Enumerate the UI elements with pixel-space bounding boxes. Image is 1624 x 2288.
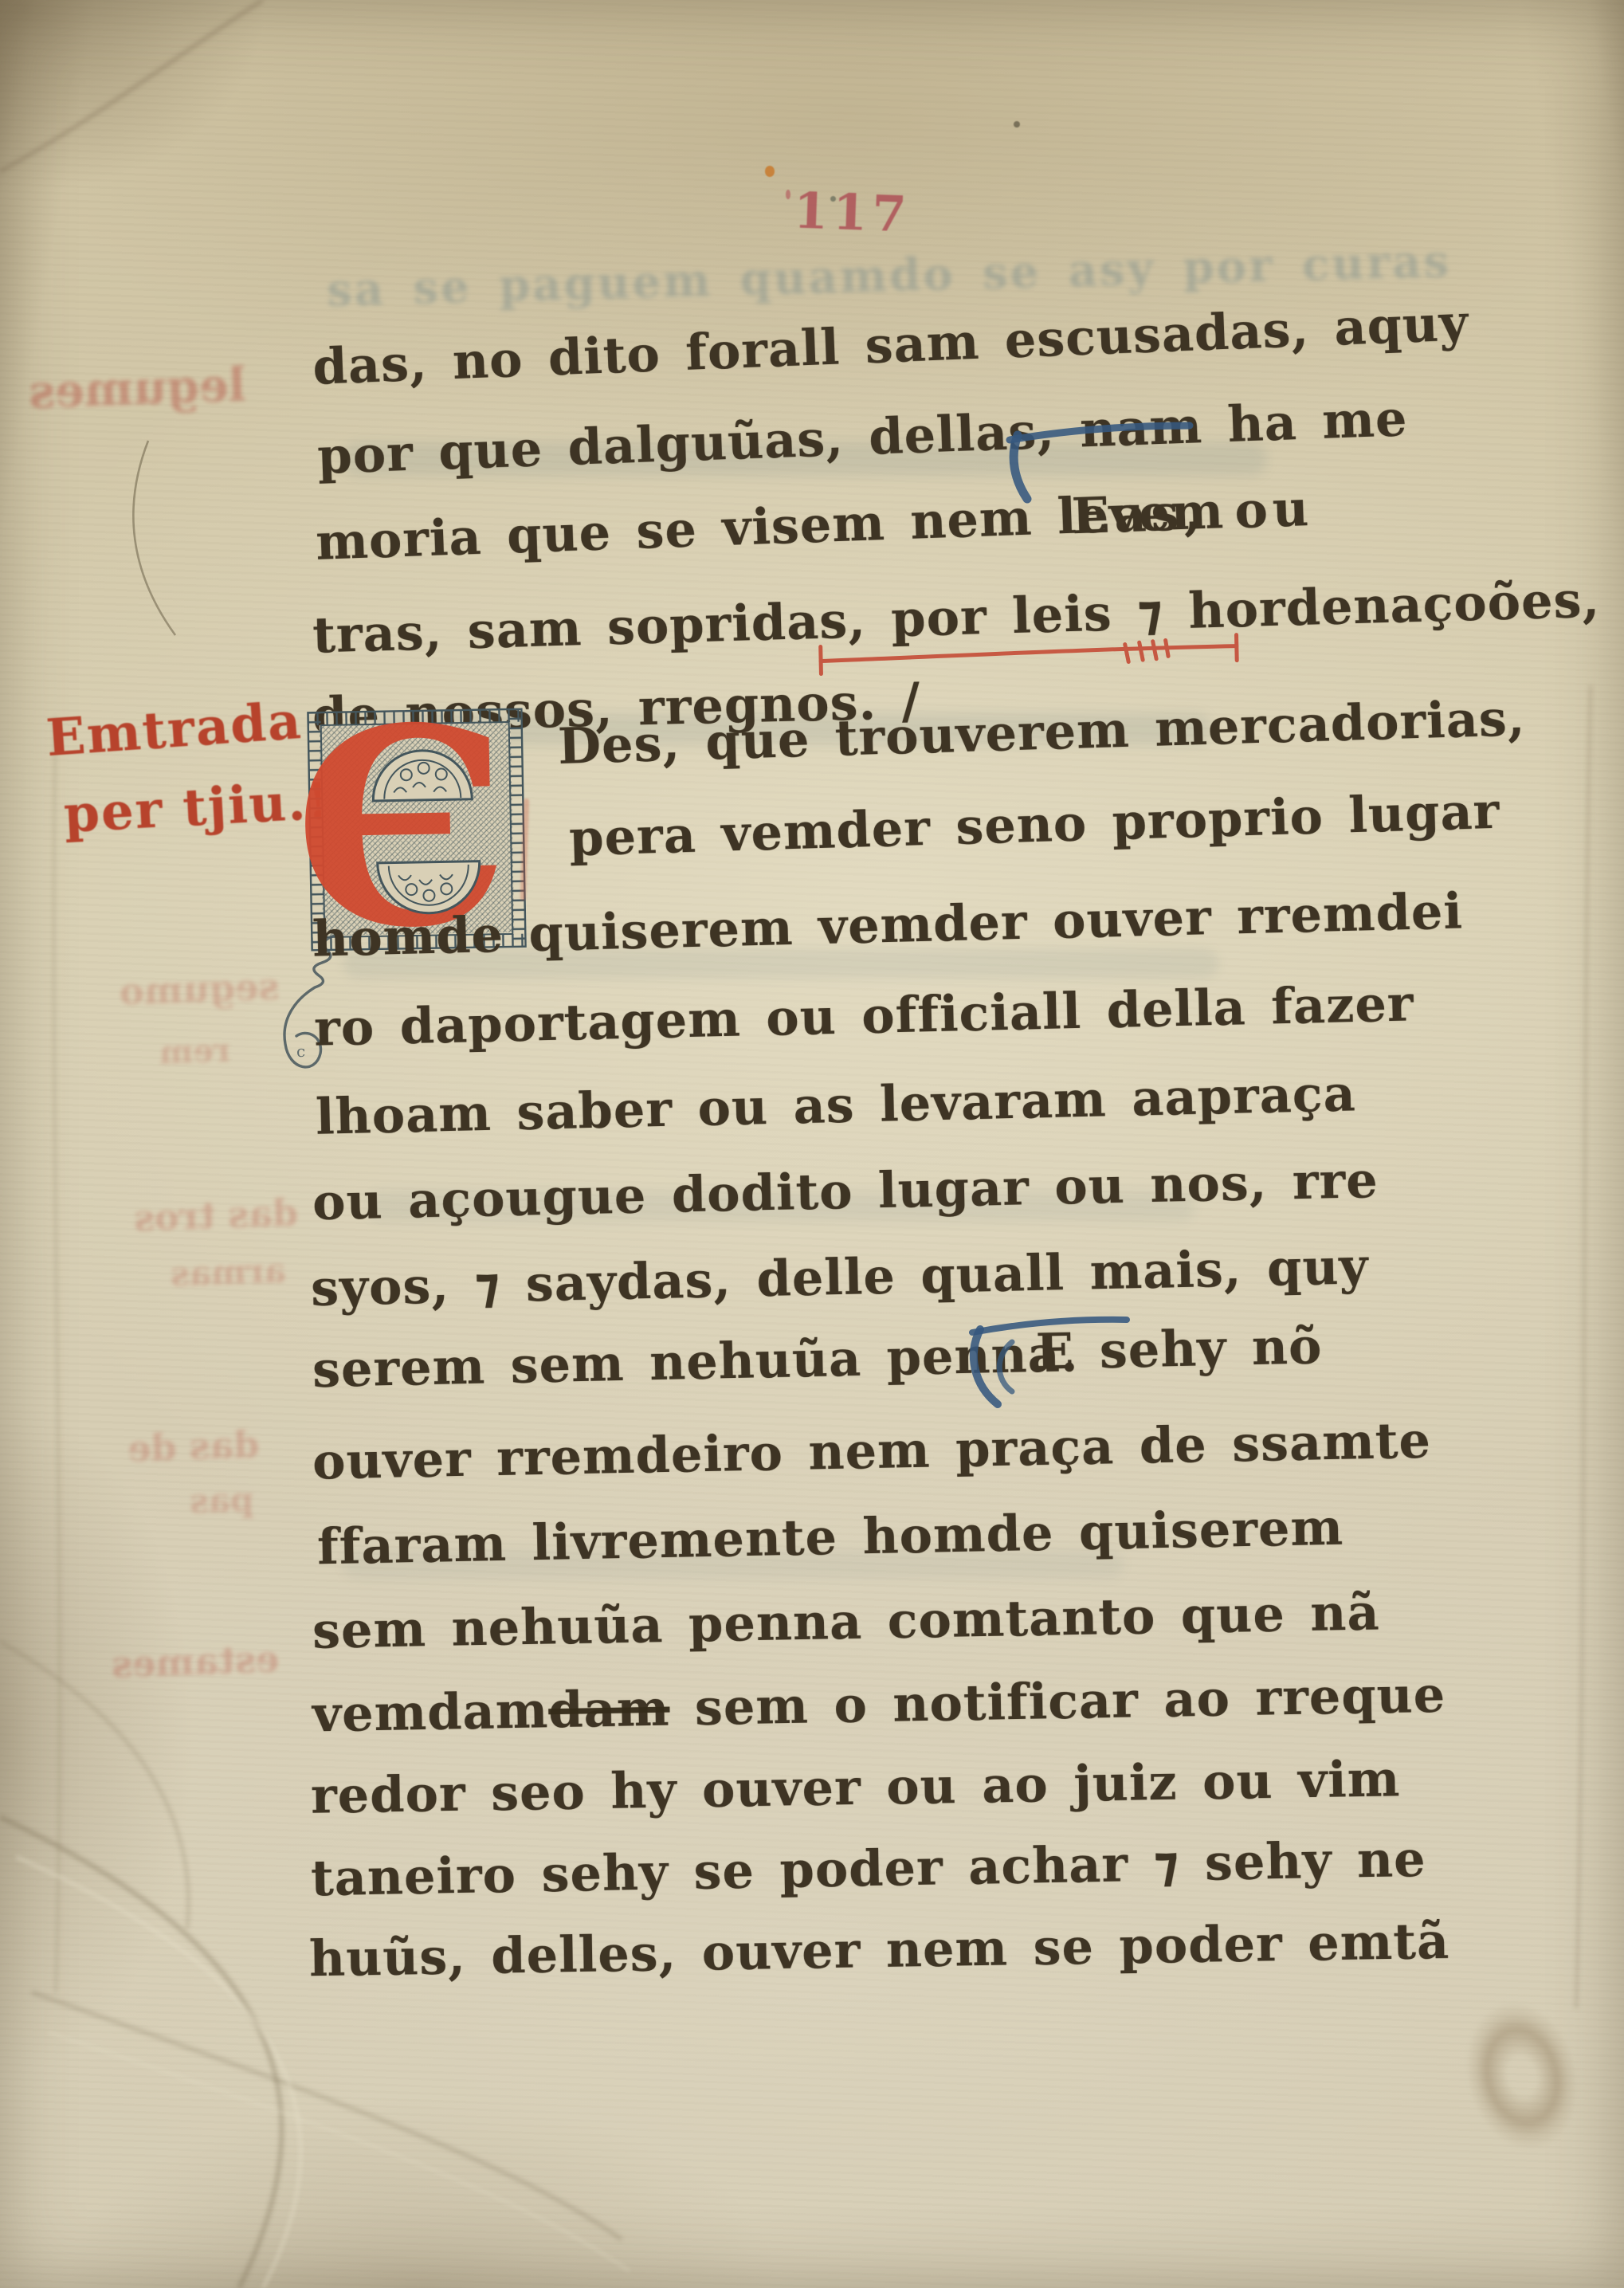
margin-ghost: armas [170, 1254, 286, 1291]
manuscript-page: 117 sa se paguem quamdo se asy por curas… [0, 0, 1624, 2288]
margin-ghost: estames [111, 1640, 280, 1682]
pen-stroke [100, 434, 196, 642]
margin-ghost: segumo [119, 968, 280, 1011]
margin-ghost: das tros [133, 1194, 298, 1236]
ink-speck [786, 190, 790, 199]
paragraph-mark-icon [998, 408, 1198, 502]
margin-ghost: pas [189, 1483, 254, 1519]
svg-text:c: c [296, 1042, 305, 1061]
line-segment: vemdam [312, 1681, 548, 1743]
ink-speck [765, 166, 775, 177]
ink-speck [1014, 121, 1020, 128]
margin-ghost: legumes [28, 361, 246, 414]
rubric-line-2: per tjiu.! [63, 775, 332, 840]
margin-ghost: rem [159, 1034, 230, 1069]
margin-ghost: das de [127, 1426, 260, 1467]
paragraph-mark-icon [963, 1307, 1134, 1409]
struck-word: dam [548, 1679, 670, 1740]
folio-number: 117 [793, 186, 912, 239]
ink-speck [830, 196, 836, 202]
